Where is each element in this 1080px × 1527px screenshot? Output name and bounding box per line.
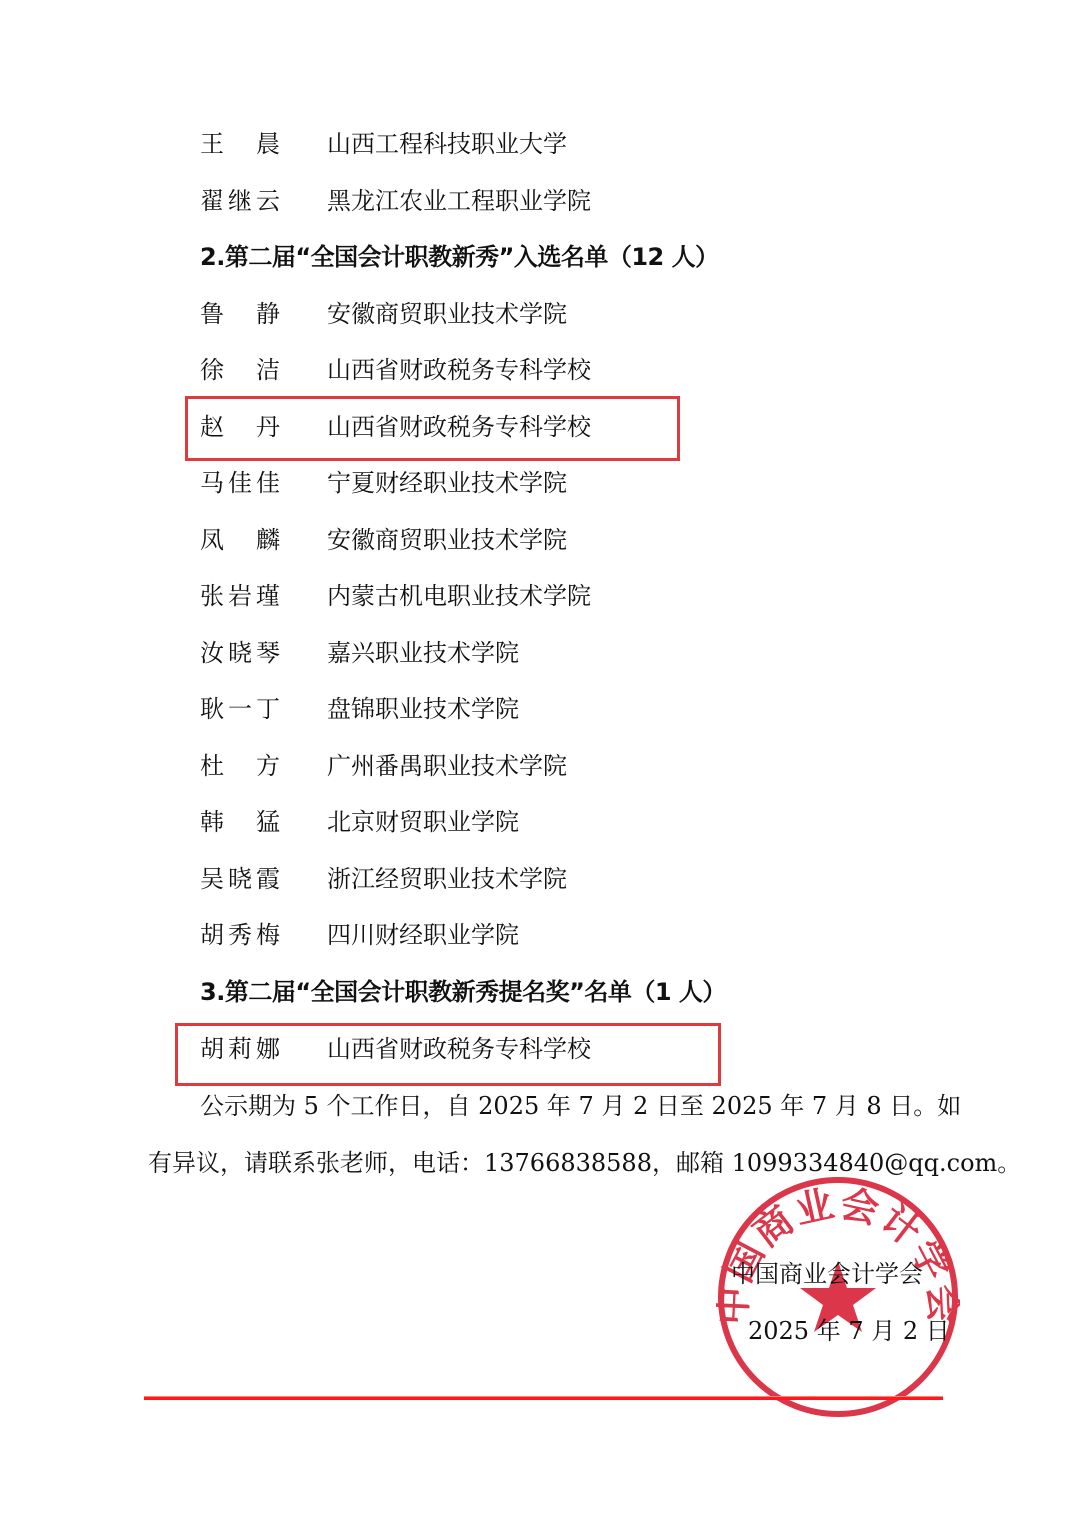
footer-divider	[144, 1396, 943, 1400]
name-char: 方	[256, 746, 280, 786]
person-name: 鲁 静	[200, 294, 280, 334]
name-char: 徐	[200, 350, 224, 390]
name-char: 晓	[228, 633, 252, 673]
name-char: 秀	[228, 915, 252, 955]
school-name: 嘉兴职业技术学院	[327, 633, 519, 673]
school-name: 北京财贸职业学院	[327, 802, 519, 842]
official-seal-icon: 中国商业会计学会	[716, 1175, 960, 1419]
school-name: 盘锦职业技术学院	[327, 689, 519, 729]
name-char: 洁	[256, 350, 280, 390]
school-name: 安徽商贸职业技术学院	[327, 294, 567, 334]
signature-date: 2025 年 7 月 2 日	[748, 1313, 950, 1349]
name-char: 汝	[200, 633, 224, 673]
school-name: 山西省财政税务专科学校	[327, 350, 591, 390]
name-char: 马	[200, 463, 224, 503]
person-name: 赵 丹	[200, 407, 280, 447]
section-3-heading: 3.第二届“全国会计职教新秀提名奖”名单（1 人）	[200, 972, 726, 1012]
school-name: 山西省财政税务专科学校	[327, 407, 591, 447]
name-char: 鲁	[200, 294, 224, 334]
name-char: 霞	[256, 859, 280, 899]
name-char: 继	[228, 181, 252, 221]
school-name: 黑龙江农业工程职业学院	[327, 181, 591, 221]
name-char: 麟	[256, 520, 280, 560]
school-name: 广州番禺职业技术学院	[327, 746, 567, 786]
person-name: 胡 莉 娜	[200, 1029, 280, 1069]
name-char: 猛	[256, 802, 280, 842]
person-name: 翟 继 云	[200, 181, 280, 221]
name-char: 娜	[256, 1029, 280, 1069]
name-char: 梅	[256, 915, 280, 955]
person-name: 徐 洁	[200, 350, 280, 390]
name-char: 耿	[200, 689, 224, 729]
section-2-heading: 2.第二届“全国会计职教新秀”入选名单（12 人）	[200, 237, 719, 277]
name-char: 佳	[256, 463, 280, 503]
person-name: 凤 麟	[200, 520, 280, 560]
name-char: 岩	[228, 576, 252, 616]
school-name: 浙江经贸职业技术学院	[327, 859, 567, 899]
person-name: 韩 猛	[200, 802, 280, 842]
person-name: 马 佳 佳	[200, 463, 280, 503]
name-char: 云	[256, 181, 280, 221]
school-name: 内蒙古机电职业技术学院	[327, 576, 591, 616]
school-name: 四川财经职业学院	[327, 915, 519, 955]
name-char: 一	[228, 689, 252, 729]
school-name: 山西省财政税务专科学校	[327, 1029, 591, 1069]
person-name: 耿 一 丁	[200, 689, 280, 729]
name-char: 琴	[256, 633, 280, 673]
name-char: 晓	[228, 859, 252, 899]
name-char: 胡	[200, 915, 224, 955]
person-name: 胡 秀 梅	[200, 915, 280, 955]
name-char: 丁	[256, 689, 280, 729]
name-char: 翟	[200, 181, 224, 221]
document-page: 王 晨 山西工程科技职业大学 翟 继 云 黑龙江农业工程职业学院 2.第二届“全…	[0, 0, 1080, 1527]
name-char: 静	[256, 294, 280, 334]
person-name: 杜 方	[200, 746, 280, 786]
notice-line-1: 公示期为 5 个工作日，自 2025 年 7 月 2 日至 2025 年 7 月…	[200, 1086, 961, 1126]
person-name: 吴 晓 霞	[200, 859, 280, 899]
person-name: 张 岩 瑾	[200, 576, 280, 616]
name-char: 胡	[200, 1029, 224, 1069]
name-char: 王	[200, 124, 224, 164]
name-char: 晨	[256, 124, 280, 164]
school-name: 山西工程科技职业大学	[327, 124, 567, 164]
name-char: 莉	[228, 1029, 252, 1069]
name-char: 瑾	[256, 576, 280, 616]
name-char: 凤	[200, 520, 224, 560]
name-char: 丹	[256, 407, 280, 447]
person-name: 汝 晓 琴	[200, 633, 280, 673]
name-char: 韩	[200, 802, 224, 842]
signature-organization: 中国商业会计学会	[731, 1256, 923, 1292]
name-char: 吴	[200, 859, 224, 899]
name-char: 张	[200, 576, 224, 616]
name-char: 佳	[228, 463, 252, 503]
name-char: 杜	[200, 746, 224, 786]
name-char: 赵	[200, 407, 224, 447]
school-name: 安徽商贸职业技术学院	[327, 520, 567, 560]
person-name: 王 晨	[200, 124, 280, 164]
school-name: 宁夏财经职业技术学院	[327, 463, 567, 503]
